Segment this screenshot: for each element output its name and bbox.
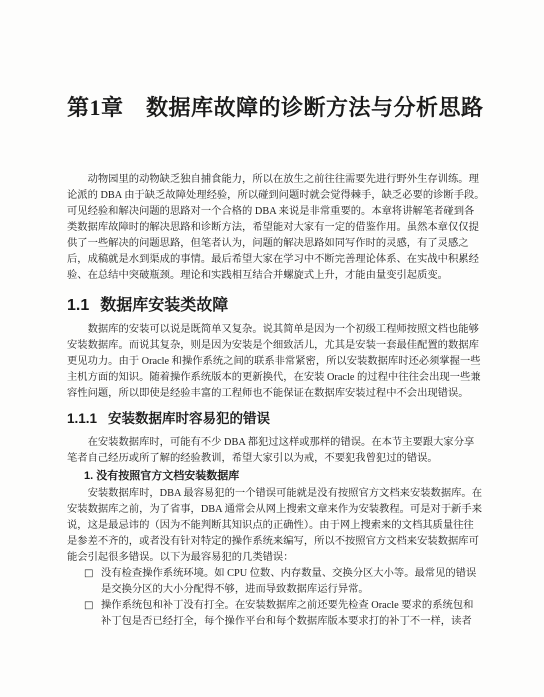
paragraph-line: 容性问题，所以即使是经验丰富的工程师也不能保证在数据库安装过程中不会出现错误。 <box>67 386 478 402</box>
paragraph-line: 动物园里的动物缺乏独自捕食能力，所以在放生之前往往需要先进行野外生存训练。理 <box>67 172 478 188</box>
paragraph-line: 主机方面的知识。随着操作系统版本的更新换代，在安装 Oracle 的过程中往往会… <box>67 370 478 386</box>
paragraph-line: 安装数据库之前，为了省事，DBA 通常会从网上搜索文章来作为安装教程。可是对于新… <box>67 502 478 518</box>
subsection-number: 1.1.1 <box>67 411 97 426</box>
paragraph-line: 验、在总结中突破瓶颈。理论和实践相互结合并螺旋式上升，才能由量变引起质变。 <box>67 268 478 284</box>
paragraph-line: 后，成稿就是水到渠成的事情。最后希望大家在学习中不断完善理论体系、在实战中积累经 <box>67 252 478 268</box>
paragraph-line: 笔者自己经历或所了解的经验教训，希望大家引以为戒，不要犯我曾犯过的错误。 <box>67 451 478 467</box>
paragraph-line: 论派的 DBA 由于缺乏故障处理经验，所以碰到问题时就会觉得棘手，缺乏必要的诊断… <box>67 188 478 204</box>
list-item-line: 是交换分区的大小分配得不够，进而导致数据库运行异常。 <box>101 582 478 598</box>
paragraph-line: 说，这是最忌讳的（因为不能判断其知识点的正确性）。由于网上搜索来的文档其质量往往 <box>67 518 478 534</box>
paragraph-line: 安装数据库。而说其复杂，则是因为安装是个细致活儿，尤其是安装一套最佳配置的数据库 <box>67 338 478 354</box>
point-1-paragraph: 安装数据库时，DBA 最容易犯的一个错误可能就是没有按照官方文档来安装数据库。在… <box>67 486 478 566</box>
point-1-heading: 1. 没有按照官方文档安装数据库 <box>67 469 478 483</box>
list-item: □ 没有检查操作系统环境。如 CPU 位数、内存数量、交换分区大小等。最常见的错… <box>67 566 478 598</box>
section-1-1-heading: 1.1数据库安装类故障 <box>67 297 478 314</box>
section-number: 1.1 <box>67 297 89 314</box>
intro-paragraph: 动物园里的动物缺乏独自捕食能力，所以在放生之前往往需要先进行野外生存训练。理 论… <box>67 172 478 284</box>
section-title: 数据库安装类故障 <box>100 297 228 314</box>
paragraph-line: 在安装数据库时，可能有不少 DBA 都犯过这样或那样的错误。在本节主要跟大家分享 <box>67 435 478 451</box>
subsection-title: 安装数据库时容易犯的错误 <box>108 411 270 426</box>
paragraph-line: 能会引起很多错误。以下为最容易犯的几类错误： <box>67 550 478 566</box>
square-bullet-icon: □ <box>84 566 93 582</box>
paragraph-line: 是参差不齐的，或者没有针对特定的操作系统来编写，所以不按照官方文档来安装数据库可 <box>67 534 478 550</box>
square-bullet-icon: □ <box>84 598 93 614</box>
list-item-line: 没有检查操作系统环境。如 CPU 位数、内存数量、交换分区大小等。最常见的错误 <box>101 566 478 582</box>
list-item-line: 操作系统包和补丁没有打全。在安装数据库之前还要先检查 Oracle 要求的系统包… <box>101 598 478 614</box>
section-1-1-paragraph: 数据库的安装可以说是既简单又复杂。说其简单是因为一个初级工程师按照文档也能够 安… <box>67 322 478 402</box>
book-page: 第1章 数据库故障的诊断方法与分析思路 动物园里的动物缺乏独自捕食能力，所以在放… <box>0 0 544 697</box>
section-1-1-1-paragraph: 在安装数据库时，可能有不少 DBA 都犯过这样或那样的错误。在本节主要跟大家分享… <box>67 435 478 467</box>
paragraph-line: 供了一些解决的问题思路，但笔者认为，问题的解决思路如同写作时的灵感，有了灵感之 <box>67 236 478 252</box>
list-item-line: 补丁包是否已经打全，每个操作平台和每个数据库版本要求打的补丁不一样，读者 <box>101 614 478 630</box>
list-item: □ 操作系统包和补丁没有打全。在安装数据库之前还要先检查 Oracle 要求的系… <box>67 598 478 630</box>
paragraph-line: 更见功力。由于 Oracle 和操作系统之间的联系非常紧密，所以安装数据库时还必… <box>67 354 478 370</box>
error-bullet-list: □ 没有检查操作系统环境。如 CPU 位数、内存数量、交换分区大小等。最常见的错… <box>67 566 478 630</box>
paragraph-line: 安装数据库时，DBA 最容易犯的一个错误可能就是没有按照官方文档来安装数据库。在 <box>67 486 478 502</box>
chapter-title: 第1章 数据库故障的诊断方法与分析思路 <box>67 93 478 123</box>
section-1-1-1-heading: 1.1.1安装数据库时容易犯的错误 <box>67 411 478 426</box>
paragraph-line: 可见经验和解决问题的思路对一个合格的 DBA 来说是非常重要的。本章将讲解笔者碰… <box>67 204 478 220</box>
paragraph-line: 数据库的安装可以说是既简单又复杂。说其简单是因为一个初级工程师按照文档也能够 <box>67 322 478 338</box>
paragraph-line: 类数据库故障时的解决思路和诊断方法，希望能对大家有一定的借鉴作用。虽然本章仅仅提 <box>67 220 478 236</box>
